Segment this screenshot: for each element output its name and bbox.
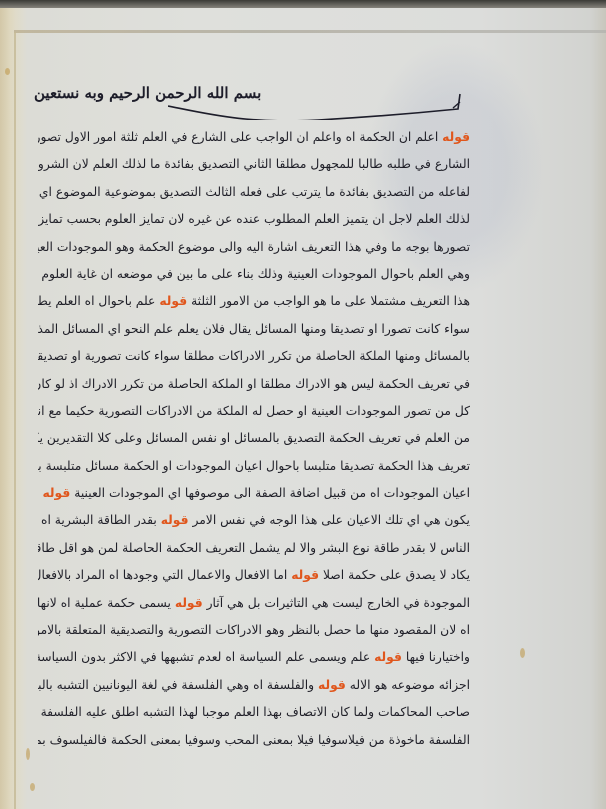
text-segment: في تعريف الحكمة ليس هو الادراك مطلقا او … <box>38 377 470 391</box>
text-line: بالمسائل ومنها الملكة الحاصلة من تكرر ال… <box>38 343 470 370</box>
rubric-qawluhu: قوله <box>291 568 319 582</box>
text-segment: علم ويسمى علم السياسة اه لعدم تشبهها في … <box>38 650 374 664</box>
manuscript-text-block: قوله اعلم ان الحكمة اه واعلم ان الواجب ع… <box>38 124 470 754</box>
text-segment: اجزائه موضوعه هو الاله <box>346 678 470 692</box>
text-segment: اما الافعال والاعمال التي وجودها اه المر… <box>38 568 291 582</box>
text-line: سواء كانت تصورا او تصديقا ومنها المسائل … <box>38 316 470 343</box>
text-segment: سواء كانت تصورا او تصديقا ومنها المسائل … <box>38 322 470 336</box>
text-line: تعريف هذا الحكمة تصديقا متلبسا باحوال اع… <box>38 453 470 480</box>
basmala-swash-icon <box>168 84 468 120</box>
text-line: الفلسفة ماخوذة من فيلاسوفيا فيلا بمعنى ا… <box>38 727 470 754</box>
text-line: اه لان المقصود منها ما حصل بالنظر وهو ال… <box>38 617 470 644</box>
text-line: اجزائه موضوعه هو الاله قوله والفلسفة اه … <box>38 672 470 699</box>
text-segment: لفاعله من التصديق بفائدة ما يترتب على فع… <box>38 185 470 199</box>
text-segment: يكاد لا يصدق على حكمة اصلا <box>319 568 470 582</box>
foxing-stain <box>30 783 35 791</box>
text-segment: صاحب المحاكمات ولما كان الاتصاف بهذا الع… <box>38 705 470 719</box>
text-segment: الناس لا بقدر طاقة نوع البشر والا لم يشم… <box>38 541 470 555</box>
text-segment: الشارع في طلبه طالبا للمجهول مطلقا الثان… <box>38 157 470 171</box>
rubric-qawluhu: قوله <box>318 678 346 692</box>
text-line: اعيان الموجودات اه من قبيل اضافة الصفة ا… <box>38 480 470 507</box>
text-segment: تعريف هذا الحكمة تصديقا متلبسا باحوال اع… <box>38 459 470 473</box>
page-header: بسم الله الرحمن الرحيم وبه نستعين <box>30 78 470 118</box>
binding-fold <box>14 32 16 809</box>
rubric-qawluhu: قوله <box>161 513 189 527</box>
text-line: الناس لا بقدر طاقة نوع البشر والا لم يشم… <box>38 535 470 562</box>
rubric-qawluhu: قوله <box>374 650 402 664</box>
page-top-edge <box>14 30 606 33</box>
text-segment: من العلم في تعريف الحكمة التصديق بالمسائ… <box>38 431 470 445</box>
text-segment: كل من تصور الموجودات العينية او حصل له ا… <box>38 404 470 418</box>
text-segment: هذا التعريف مشتملا على ما هو الواجب من ا… <box>187 294 470 308</box>
rubric-qawluhu: قوله <box>42 486 70 500</box>
text-segment: بقدر الطاقة البشرية اه اي بقدر طاقة البش… <box>38 513 161 527</box>
text-segment: اعلم ان الحكمة اه واعلم ان الواجب على ال… <box>38 130 442 144</box>
text-segment: اه لان المقصود منها ما حصل بالنظر وهو ال… <box>38 623 470 637</box>
text-line: كل من تصور الموجودات العينية او حصل له ا… <box>38 398 470 425</box>
text-segment: لذلك العلم لاجل ان يتميز العلم المطلوب ع… <box>38 212 470 226</box>
text-line: تصورها بوجه ما وفي هذا التعريف اشارة الي… <box>38 234 470 261</box>
text-line: لذلك العلم لاجل ان يتميز العلم المطلوب ع… <box>38 206 470 233</box>
text-line: لفاعله من التصديق بفائدة ما يترتب على فع… <box>38 179 470 206</box>
rubric-qawluhu: قوله <box>442 130 470 144</box>
text-line: صاحب المحاكمات ولما كان الاتصاف بهذا الع… <box>38 699 470 726</box>
text-line: يكاد لا يصدق على حكمة اصلا قوله اما الاف… <box>38 562 470 589</box>
text-line: قوله اعلم ان الحكمة اه واعلم ان الواجب ع… <box>38 124 470 151</box>
text-line: يكون هي اي تلك الاعيان على هذا الوجه في … <box>38 507 470 534</box>
text-segment: وهي العلم باحوال الموجودات العينية وذلك … <box>38 267 470 281</box>
text-line: في تعريف الحكمة ليس هو الادراك مطلقا او … <box>38 371 470 398</box>
text-segment: الفلسفة ماخوذة من فيلاسوفيا فيلا بمعنى ا… <box>38 733 470 747</box>
text-line: الموجودة في الخارج ليست هي التاثيرات بل … <box>38 590 470 617</box>
text-line: هذا التعريف مشتملا على ما هو الواجب من ا… <box>38 288 470 315</box>
text-line: من العلم في تعريف الحكمة التصديق بالمسائ… <box>38 425 470 452</box>
foxing-stain <box>520 648 525 658</box>
foxing-stain <box>26 748 30 760</box>
text-segment: واختيارنا فيها <box>402 650 470 664</box>
text-segment: يسمى حكمة عملية اه لانها متعلقة بكيفية ا… <box>38 596 175 610</box>
manuscript-page: بسم الله الرحمن الرحيم وبه نستعين قوله ا… <box>0 8 606 809</box>
text-segment: اعيان الموجودات اه من قبيل اضافة الصفة ا… <box>70 486 470 500</box>
text-segment: الموجودة في الخارج ليست هي التاثيرات بل … <box>203 596 470 610</box>
text-line: الشارع في طلبه طالبا للمجهول مطلقا الثان… <box>38 151 470 178</box>
text-segment: علم باحوال اه العلم يطلق على معان كثيرة … <box>38 294 159 308</box>
text-line: واختيارنا فيها قوله علم ويسمى علم السياس… <box>38 644 470 671</box>
foxing-stain <box>5 68 10 75</box>
text-segment: تصورها بوجه ما وفي هذا التعريف اشارة الي… <box>38 240 470 254</box>
text-segment: بالمسائل ومنها الملكة الحاصلة من تكرر ال… <box>38 349 470 363</box>
text-segment: يكون هي اي تلك الاعيان على هذا الوجه في … <box>189 513 470 527</box>
text-line: وهي العلم باحوال الموجودات العينية وذلك … <box>38 261 470 288</box>
rubric-qawluhu: قوله <box>159 294 187 308</box>
rubric-qawluhu: قوله <box>175 596 203 610</box>
text-segment: والفلسفة اه وهي الفلسفة في لغة اليونانيي… <box>38 678 318 692</box>
